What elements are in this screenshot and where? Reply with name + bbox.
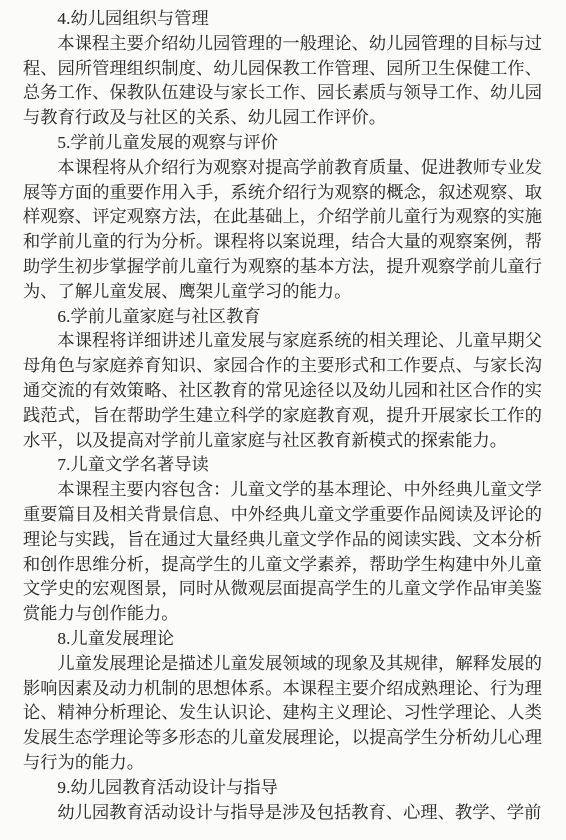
- course-section-9: 9.幼儿园教育活动设计与指导 幼儿园教育活动设计与指导是涉及包括教育、心理、教学…: [23, 776, 542, 826]
- course-description: 本课程将从介绍行为观察对提高学前教育质量、促进教师专业发展等方面的重要作用入手，…: [23, 156, 542, 305]
- course-description: 儿童发展理论是描述儿童发展领域的现象及其规律，解释发展的影响因素及动力机制的思想…: [23, 652, 542, 776]
- course-description: 本课程主要介绍幼儿园管理的一般理论、幼儿园管理的目标与过程、园所管理组织制度、幼…: [23, 32, 542, 131]
- course-section-5: 5.学前儿童发展的观察与评价 本课程将从介绍行为观察对提高学前教育质量、促进教师…: [23, 131, 542, 305]
- course-section-6: 6.学前儿童家庭与社区教育 本课程将详细讲述儿童发展与家庭系统的相关理论、儿童早…: [23, 305, 542, 454]
- course-heading: 5.学前儿童发展的观察与评价: [23, 131, 542, 156]
- course-description: 幼儿园教育活动设计与指导是涉及包括教育、心理、教学、学前: [23, 801, 542, 826]
- course-description: 本课程主要内容包含：儿童文学的基本理论、中外经典儿童文学重要篇目及相关背景信息、…: [23, 478, 542, 627]
- course-section-8: 8.儿童发展理论 儿童发展理论是描述儿童发展领域的现象及其规律，解释发展的影响因…: [23, 627, 542, 776]
- course-heading: 6.学前儿童家庭与社区教育: [23, 305, 542, 330]
- document-page: 4.幼儿园组织与管理 本课程主要介绍幼儿园管理的一般理论、幼儿园管理的目标与过程…: [0, 0, 566, 840]
- course-section-7: 7.儿童文学名著导读 本课程主要内容包含：儿童文学的基本理论、中外经典儿童文学重…: [23, 453, 542, 627]
- course-heading: 8.儿童发展理论: [23, 627, 542, 652]
- course-description: 本课程将详细讲述儿童发展与家庭系统的相关理论、儿童早期父母角色与家庭养育知识、家…: [23, 329, 542, 453]
- course-heading: 9.幼儿园教育活动设计与指导: [23, 776, 542, 801]
- course-section-4: 4.幼儿园组织与管理 本课程主要介绍幼儿园管理的一般理论、幼儿园管理的目标与过程…: [23, 7, 542, 131]
- course-heading: 4.幼儿园组织与管理: [23, 7, 542, 32]
- course-heading: 7.儿童文学名著导读: [23, 453, 542, 478]
